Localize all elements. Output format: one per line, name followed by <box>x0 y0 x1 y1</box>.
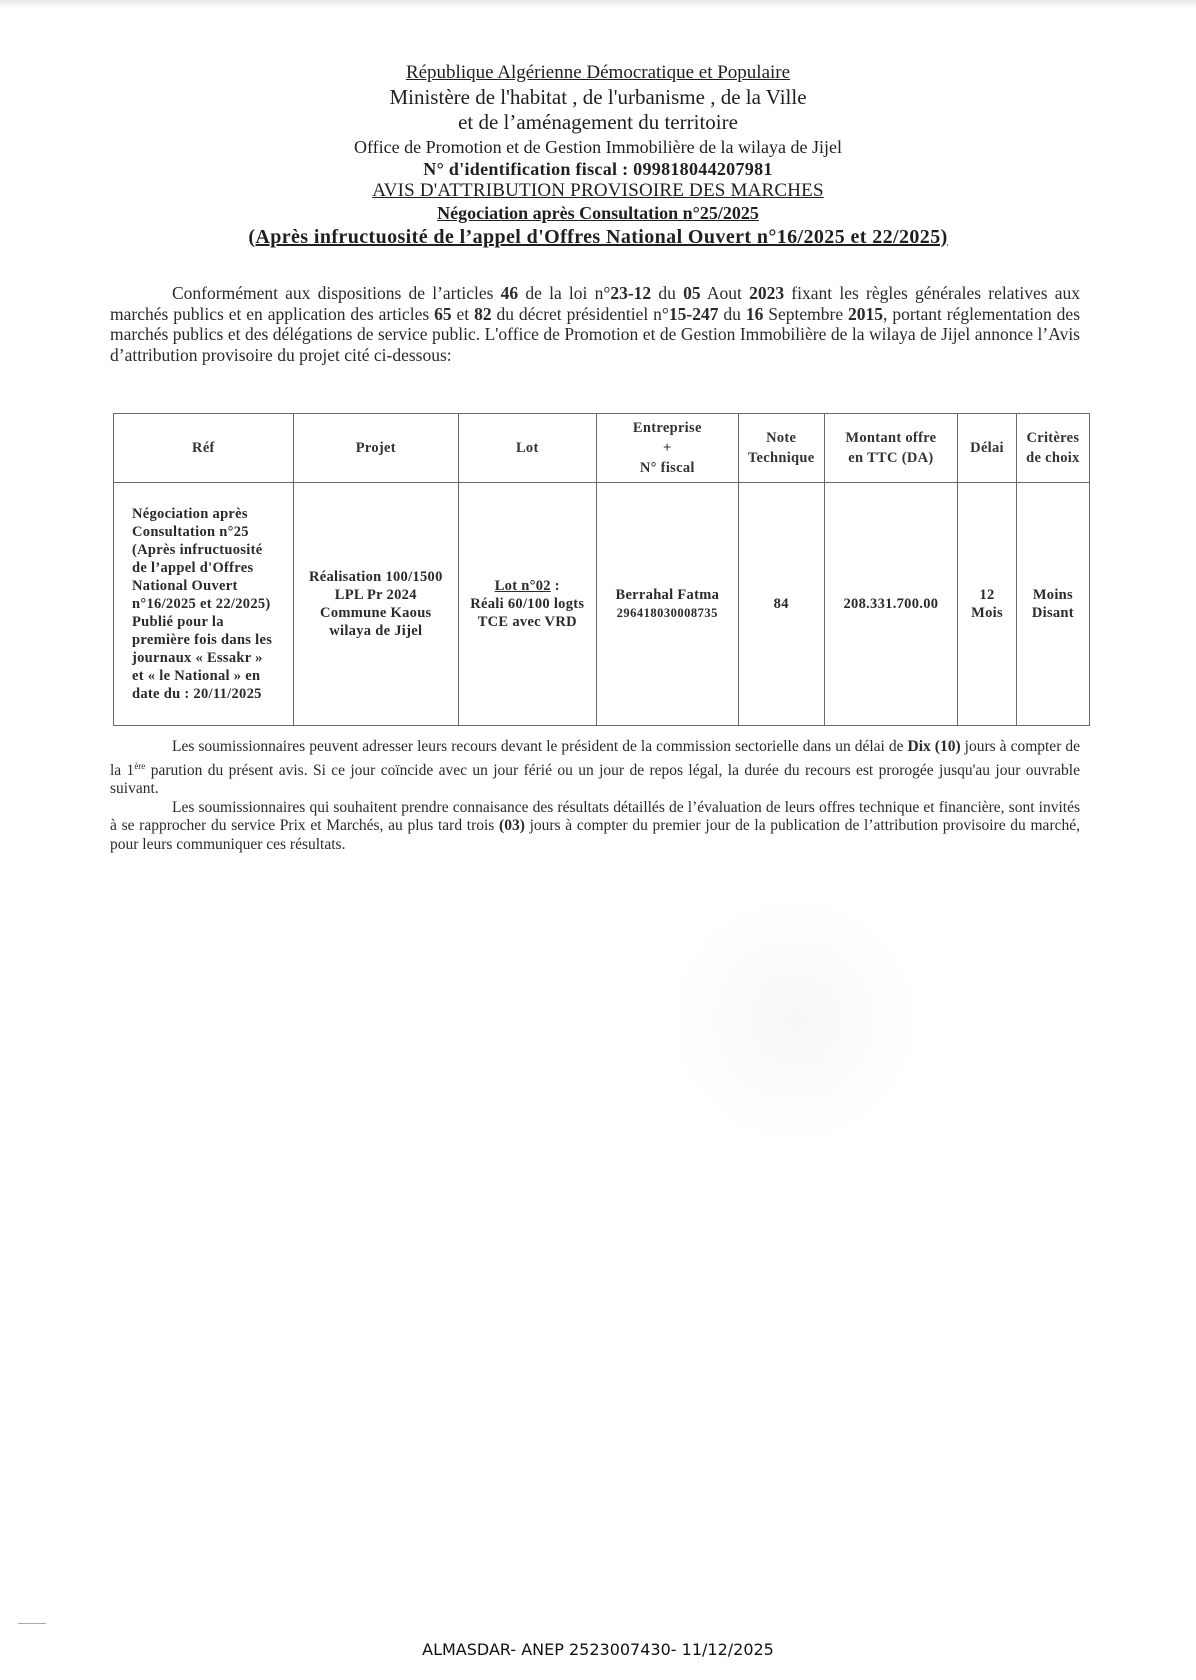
margin-mark <box>18 1623 46 1624</box>
publication-footer: ALMASDAR- ANEP 2523007430- 11/12/2025 <box>0 1640 1196 1659</box>
col-header-ref: Réf <box>114 414 294 483</box>
col-header-delai: Délai <box>958 414 1017 483</box>
recours-paragraph: Les soumissionnaires peuvent adresser le… <box>110 738 1080 799</box>
notice-subtitle: (Après infructuosité de l’appel d'Offres… <box>0 225 1196 249</box>
col-header-criteres: Critèresde choix <box>1016 414 1089 483</box>
cell-lot: Lot n°02 : Réali 60/100 logts TCE avec V… <box>458 483 596 726</box>
document-header: République Algérienne Démocratique et Po… <box>0 62 1196 249</box>
republic-title: République Algérienne Démocratique et Po… <box>0 62 1196 85</box>
cell-delai: 12 Mois <box>958 483 1017 726</box>
col-header-note: NoteTechnique <box>738 414 824 483</box>
table-row: Négociation après Consultation n°25 (Apr… <box>114 483 1090 726</box>
faded-stamp <box>660 900 930 1140</box>
scan-top-edge <box>0 0 1196 8</box>
cell-note: 84 <box>738 483 824 726</box>
notice-title: AVIS D'ATTRIBUTION PROVISOIRE DES MARCHE… <box>0 180 1196 203</box>
consultation-number: Négociation après Consultation n°25/2025 <box>0 203 1196 225</box>
cell-projet: Réalisation 100/1500 LPL Pr 2024 Commune… <box>293 483 458 726</box>
col-header-lot: Lot <box>458 414 596 483</box>
office-name: Office de Promotion et de Gestion Immobi… <box>0 137 1196 159</box>
results-paragraph: Les soumissionnaires qui souhaitent pren… <box>110 799 1080 855</box>
col-header-montant: Montant offreen TTC (DA) <box>824 414 958 483</box>
table-header-row: Réf Projet Lot Entreprise+N° fiscal Note… <box>114 414 1090 483</box>
col-header-entreprise: Entreprise+N° fiscal <box>596 414 738 483</box>
ministry-line-2: et de l’aménagement du territoire <box>0 110 1196 135</box>
col-header-projet: Projet <box>293 414 458 483</box>
cell-entreprise: Berrahal Fatma 296418030008735 <box>596 483 738 726</box>
award-table: Réf Projet Lot Entreprise+N° fiscal Note… <box>113 413 1090 726</box>
cell-criteres: Moins Disant <box>1016 483 1089 726</box>
cell-montant: 208.331.700.00 <box>824 483 958 726</box>
fiscal-id: N° d'identification fiscal : 09981804420… <box>0 159 1196 181</box>
cell-ref: Négociation après Consultation n°25 (Apr… <box>114 483 294 726</box>
intro-paragraph: Conformément aux dispositions de l’artic… <box>110 283 1080 365</box>
ministry-line-1: Ministère de l'habitat , de l'urbanisme … <box>0 85 1196 110</box>
recours-section: Les soumissionnaires peuvent adresser le… <box>110 738 1080 854</box>
